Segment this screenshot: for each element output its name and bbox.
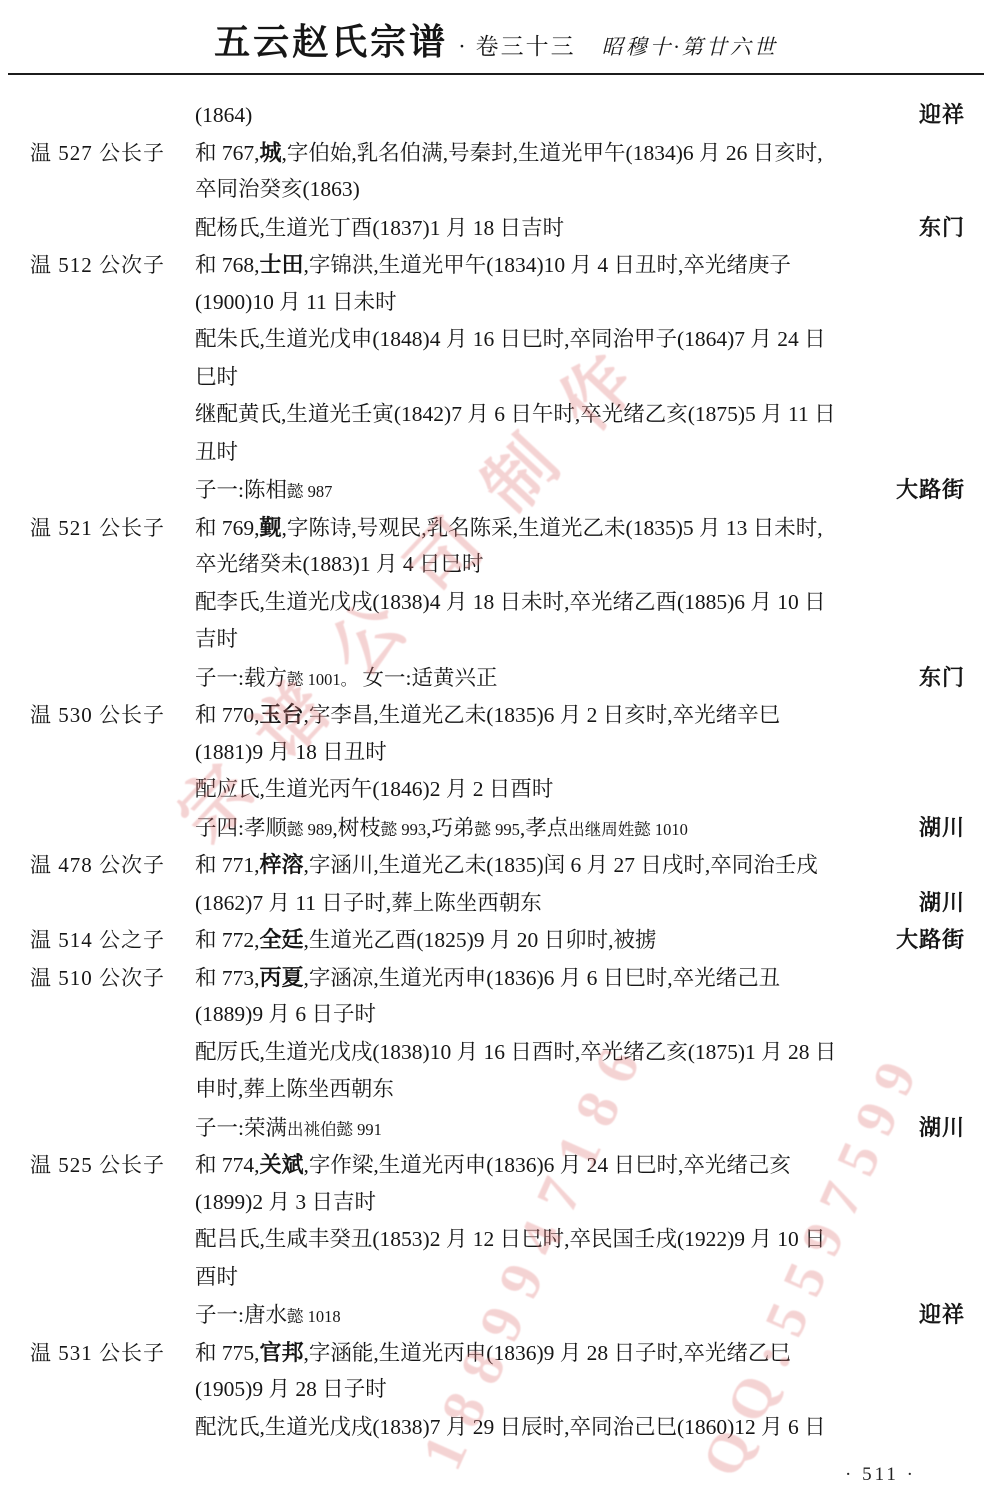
record-line: 子一:荣满出祧伯懿 991湖川 [0, 1109, 992, 1147]
record-text: (1905)9 月 28 日子时 [195, 1371, 957, 1409]
record-segment: ,字陈诗,号观民,乳名陈采,生道光乙未(1835)5 月 13 日未时, [282, 516, 823, 540]
descendant-ref: 懿 987 [287, 482, 332, 501]
record-line: (1905)9 月 28 日子时 [0, 1371, 992, 1409]
person-name: 城 [260, 140, 282, 165]
record-segment: ,巧弟 [426, 816, 474, 840]
record-segment: 丑时 [195, 440, 238, 464]
record-segment: 继配黄氏,生道光壬寅(1842)7 月 6 日午时,卒光绪乙亥(1875)5 月… [195, 402, 836, 426]
record-text: (1899)2 月 3 日吉时 [195, 1184, 957, 1222]
record-line: 温 521 公长子和 769,觐,字陈诗,号观民,乳名陈采,生道光乙未(1835… [0, 509, 992, 547]
record-line: 温 525 公长子和 774,关斌,字作梁,生道光丙申(1836)6 月 24 … [0, 1146, 992, 1184]
record-segment: 配李氏,生道光戊戌(1838)4 月 18 日未时,卒光绪乙酉(1885)6 月… [195, 590, 826, 614]
record-line: (1862)7 月 11 日子时,葬上陈坐西朝东湖川 [0, 884, 992, 922]
record-text: 子一:载方懿 1001。 女一:适黄兴正 [195, 660, 911, 699]
place-name: 大路街 [896, 921, 965, 959]
person-name: 官邦 [260, 1340, 304, 1365]
record-text: 和 775,官邦,字涵能,生道光丙申(1836)9 月 28 日子时,卒光绪乙巳 [195, 1334, 957, 1373]
record-segment: 和 773, [195, 966, 260, 990]
record-segment: ,字伯始,乳名伯满,号秦封,生道光甲午(1834)6 月 26 日亥时, [282, 141, 823, 165]
record-line: 温 514 公之子和 772,全廷,生道光乙酉(1825)9 月 20 日卯时,… [0, 921, 992, 959]
record-line: (1881)9 月 18 日丑时 [0, 734, 992, 772]
record-segment: 配吕氏,生咸丰癸丑(1853)2 月 12 日巳时,卒民国壬戌(1922)9 月… [195, 1227, 826, 1251]
record-text: 配朱氏,生道光戊申(1848)4 月 16 日巳时,卒同治甲子(1864)7 月… [195, 321, 957, 359]
record-line: 酉时 [0, 1259, 992, 1297]
record-text: 和 768,士田,字锦洪,生道光甲午(1834)10 月 4 日丑时,卒光绪庚子 [195, 246, 957, 285]
descendant-ref: 懿 993 [381, 820, 426, 839]
record-text: (1900)10 月 11 日未时 [195, 284, 957, 322]
record-text: 配杨氏,生道光丁酉(1837)1 月 18 日吉时 [195, 210, 911, 248]
record-text: 和 770,玉台,字李昌,生道光乙未(1835)6 月 2 日亥时,卒光绪辛巳 [195, 696, 957, 735]
record-line: 温 530 公长子和 770,玉台,字李昌,生道光乙未(1835)6 月 2 日… [0, 696, 992, 734]
record-text: 卒同治癸亥(1863) [195, 171, 957, 209]
record-text: (1864) [195, 97, 911, 135]
record-segment: 巳时 [195, 365, 238, 389]
record-text: 和 774,关斌,字作梁,生道光丙申(1836)6 月 24 日巳时,卒光绪己亥 [195, 1146, 957, 1185]
record-text: 申时,葬上陈坐西朝东 [195, 1071, 957, 1109]
place-name: 湖川 [919, 809, 965, 847]
record-segment: 配杨氏,生道光丁酉(1837)1 月 18 日吉时 [195, 216, 564, 240]
person-name: 全廷 [260, 927, 304, 952]
record-text: 卒光绪癸未(1883)1 月 4 日巳时 [195, 546, 957, 584]
descendant-ref: 懿 1018 [287, 1307, 341, 1326]
person-name: 关斌 [260, 1152, 304, 1177]
record-text: 子四:孝顺懿 989,树枝懿 993,巧弟懿 995,孝点出继周姓懿 1010 [195, 810, 911, 849]
record-segment: ,孝点 [520, 816, 568, 840]
record-line: 配朱氏,生道光戊申(1848)4 月 16 日巳时,卒同治甲子(1864)7 月… [0, 321, 992, 359]
book-title: 五云赵氏宗谱 [214, 22, 448, 62]
record-line: 卒同治癸亥(1863) [0, 171, 992, 209]
record-segment: 和 767, [195, 141, 260, 165]
record-text: 和 772,全廷,生道光乙酉(1825)9 月 20 日卯时,被掳 [195, 921, 888, 960]
record-line: 配李氏,生道光戊戌(1838)4 月 18 日未时,卒光绪乙酉(1885)6 月… [0, 584, 992, 622]
descendant-ref: 懿 1001。 [287, 670, 357, 689]
record-text: 酉时 [195, 1259, 957, 1297]
record-segment: 和 770, [195, 703, 260, 727]
record-segment: 配沈氏,生道光戊戌(1838)7 月 29 日辰时,卒同治己巳(1860)12 … [195, 1415, 826, 1439]
genealogy-content: (1864)迎祥温 527 公长子和 767,城,字伯始,乳名伯满,号秦封,生道… [0, 96, 992, 1446]
record-segment: 子一:荣满 [195, 1116, 287, 1140]
record-text: 和 773,丙夏,字涵凉,生道光丙申(1836)6 月 6 日巳时,卒光绪己丑 [195, 959, 957, 998]
record-line: 配杨氏,生道光丁酉(1837)1 月 18 日吉时东门 [0, 209, 992, 247]
record-segment: 配厉氏,生道光戊戌(1838)10 月 16 日酉时,卒光绪乙亥(1875)1 … [195, 1040, 836, 1064]
record-text: 配李氏,生道光戊戌(1838)4 月 18 日未时,卒光绪乙酉(1885)6 月… [195, 584, 957, 622]
record-segment: ,字涵能,生道光丙申(1836)9 月 28 日子时,卒光绪乙巳 [304, 1341, 791, 1365]
person-name: 丙夏 [260, 965, 304, 990]
descendant-ref: 出祧伯懿 991 [287, 1120, 382, 1139]
descendant-ref: 懿 989 [287, 820, 332, 839]
record-segment: 配应氏,生道光丙午(1846)2 月 2 日酉时 [195, 777, 553, 801]
record-line: 巳时 [0, 359, 992, 397]
record-line: (1900)10 月 11 日未时 [0, 284, 992, 322]
record-line: (1889)9 月 6 日子时 [0, 996, 992, 1034]
section-label: 昭穆十·第廿六世 [602, 35, 778, 59]
record-line: 温 527 公长子和 767,城,字伯始,乳名伯满,号秦封,生道光甲午(1834… [0, 134, 992, 172]
record-text: 配吕氏,生咸丰癸丑(1853)2 月 12 日巳时,卒民国壬戌(1922)9 月… [195, 1221, 957, 1259]
record-segment: 和 775, [195, 1341, 260, 1365]
place-name: 迎祥 [919, 96, 965, 134]
record-segment: 和 768, [195, 253, 260, 277]
record-segment: (1905)9 月 28 日子时 [195, 1377, 387, 1401]
record-line: 吉时 [0, 621, 992, 659]
record-text: 配厉氏,生道光戊戌(1838)10 月 16 日酉时,卒光绪乙亥(1875)1 … [195, 1034, 957, 1072]
record-segment: 子四:孝顺 [195, 816, 287, 840]
page-number: · 511 · [845, 1464, 916, 1486]
record-segment: (1889)9 月 6 日子时 [195, 1002, 376, 1026]
record-segment: 和 771, [195, 853, 260, 877]
generation-label: 温 514 公之子 [30, 922, 195, 960]
record-line: 子一:唐水懿 1018迎祥 [0, 1296, 992, 1334]
record-text: 继配黄氏,生道光壬寅(1842)7 月 6 日午时,卒光绪乙亥(1875)5 月… [195, 396, 957, 434]
record-segment: 子一:唐水 [195, 1303, 287, 1327]
record-line: 配吕氏,生咸丰癸丑(1853)2 月 12 日巳时,卒民国壬戌(1922)9 月… [0, 1221, 992, 1259]
record-line: 子四:孝顺懿 989,树枝懿 993,巧弟懿 995,孝点出继周姓懿 1010湖… [0, 809, 992, 847]
record-line: 配沈氏,生道光戊戌(1838)7 月 29 日辰时,卒同治己巳(1860)12 … [0, 1409, 992, 1447]
record-segment: ,树枝 [332, 816, 380, 840]
record-segment: ,字作梁,生道光丙申(1836)6 月 24 日巳时,卒光绪己亥 [304, 1153, 791, 1177]
record-segment: 和 774, [195, 1153, 260, 1177]
record-segment: 女一:适黄兴正 [357, 666, 497, 690]
record-text: 子一:荣满出祧伯懿 991 [195, 1110, 911, 1149]
genealogy-lines: (1864)迎祥温 527 公长子和 767,城,字伯始,乳名伯满,号秦封,生道… [0, 96, 992, 1446]
record-segment: 配朱氏,生道光戊申(1848)4 月 16 日巳时,卒同治甲子(1864)7 月… [195, 327, 826, 351]
place-name: 大路街 [896, 471, 965, 509]
record-line: 申时,葬上陈坐西朝东 [0, 1071, 992, 1109]
record-text: 子一:唐水懿 1018 [195, 1297, 911, 1336]
record-text: (1881)9 月 18 日丑时 [195, 734, 957, 772]
record-line: 卒光绪癸未(1883)1 月 4 日巳时 [0, 546, 992, 584]
record-segment: ,字涵川,生道光乙未(1835)闰 6 月 27 日戌时,卒同治壬戌 [304, 853, 818, 877]
record-segment: 酉时 [195, 1265, 238, 1289]
person-name: 玉台 [260, 702, 304, 727]
record-line: 配应氏,生道光丙午(1846)2 月 2 日酉时 [0, 771, 992, 809]
record-text: 吉时 [195, 621, 957, 659]
place-name: 东门 [919, 209, 965, 247]
record-segment: 子一:载方 [195, 666, 287, 690]
record-line: 温 478 公次子和 771,梓溶,字涵川,生道光乙未(1835)闰 6 月 2… [0, 846, 992, 884]
record-segment: 和 772, [195, 928, 260, 952]
person-name: 觐 [260, 515, 282, 540]
generation-label: 温 521 公长子 [30, 510, 195, 548]
record-segment: (1899)2 月 3 日吉时 [195, 1190, 376, 1214]
person-name: 士田 [260, 252, 304, 277]
record-line: (1864)迎祥 [0, 96, 992, 134]
generation-label: 温 530 公长子 [30, 697, 195, 735]
record-segment: 和 769, [195, 516, 260, 540]
record-text: 丑时 [195, 434, 957, 472]
generation-label: 温 531 公长子 [30, 1335, 195, 1373]
record-segment: ,字锦洪,生道光甲午(1834)10 月 4 日丑时,卒光绪庚子 [304, 253, 791, 277]
record-text: (1889)9 月 6 日子时 [195, 996, 957, 1034]
record-text: 配沈氏,生道光戊戌(1838)7 月 29 日辰时,卒同治己巳(1860)12 … [195, 1409, 957, 1447]
record-segment: 子一:陈相 [195, 478, 287, 502]
record-segment: (1864) [195, 103, 252, 127]
record-segment: 申时,葬上陈坐西朝东 [195, 1077, 394, 1101]
header-rule [8, 73, 984, 75]
person-name: 梓溶 [260, 852, 304, 877]
record-segment: (1881)9 月 18 日丑时 [195, 740, 387, 764]
descendant-ref: 出继周姓懿 1010 [568, 820, 688, 839]
record-segment: ,字涵凉,生道光丙申(1836)6 月 6 日巳时,卒光绪己丑 [304, 966, 781, 990]
generation-label: 温 525 公长子 [30, 1147, 195, 1185]
record-text: 子一:陈相懿 987 [195, 472, 888, 511]
record-segment: 卒光绪癸未(1883)1 月 4 日巳时 [195, 552, 483, 576]
record-segment: ,字李昌,生道光乙未(1835)6 月 2 日亥时,卒光绪辛巳 [304, 703, 781, 727]
page-header: 五云赵氏宗谱· 卷三十三昭穆十·第廿六世 [0, 0, 992, 65]
record-text: 巳时 [195, 359, 957, 397]
record-segment: (1900)10 月 11 日未时 [195, 290, 397, 314]
descendant-ref: 懿 995 [475, 820, 520, 839]
record-line: 子一:载方懿 1001。 女一:适黄兴正东门 [0, 659, 992, 697]
record-segment: ,生道光乙酉(1825)9 月 20 日卯时,被掳 [304, 928, 657, 952]
record-text: 和 771,梓溶,字涵川,生道光乙未(1835)闰 6 月 27 日戌时,卒同治… [195, 846, 957, 885]
record-text: 和 769,觐,字陈诗,号观民,乳名陈采,生道光乙未(1835)5 月 13 日… [195, 509, 957, 548]
record-line: 丑时 [0, 434, 992, 472]
generation-label: 温 510 公次子 [30, 960, 195, 998]
record-line: 配厉氏,生道光戊戌(1838)10 月 16 日酉时,卒光绪乙亥(1875)1 … [0, 1034, 992, 1072]
generation-label: 温 512 公次子 [30, 247, 195, 285]
record-line: 温 531 公长子和 775,官邦,字涵能,生道光丙申(1836)9 月 28 … [0, 1334, 992, 1372]
generation-label: 温 478 公次子 [30, 847, 195, 885]
record-segment: 卒同治癸亥(1863) [195, 177, 360, 201]
place-name: 湖川 [919, 1109, 965, 1147]
record-text: (1862)7 月 11 日子时,葬上陈坐西朝东 [195, 885, 911, 923]
volume-label: · 卷三十三 [458, 34, 575, 59]
record-text: 和 767,城,字伯始,乳名伯满,号秦封,生道光甲午(1834)6 月 26 日… [195, 134, 957, 173]
record-segment: 吉时 [195, 627, 238, 651]
genealogy-page: 五云赵氏宗谱· 卷三十三昭穆十·第廿六世 (1864)迎祥温 527 公长子和 … [0, 0, 992, 1512]
place-name: 迎祥 [919, 1296, 965, 1334]
record-line: 温 512 公次子和 768,士田,字锦洪,生道光甲午(1834)10 月 4 … [0, 246, 992, 284]
record-segment: (1862)7 月 11 日子时,葬上陈坐西朝东 [195, 891, 542, 915]
record-line: 子一:陈相懿 987大路街 [0, 471, 992, 509]
record-text: 配应氏,生道光丙午(1846)2 月 2 日酉时 [195, 771, 957, 809]
generation-label: 温 527 公长子 [30, 135, 195, 173]
place-name: 东门 [919, 659, 965, 697]
record-line: 继配黄氏,生道光壬寅(1842)7 月 6 日午时,卒光绪乙亥(1875)5 月… [0, 396, 992, 434]
record-line: 温 510 公次子和 773,丙夏,字涵凉,生道光丙申(1836)6 月 6 日… [0, 959, 992, 997]
record-line: (1899)2 月 3 日吉时 [0, 1184, 992, 1222]
place-name: 湖川 [919, 884, 965, 922]
